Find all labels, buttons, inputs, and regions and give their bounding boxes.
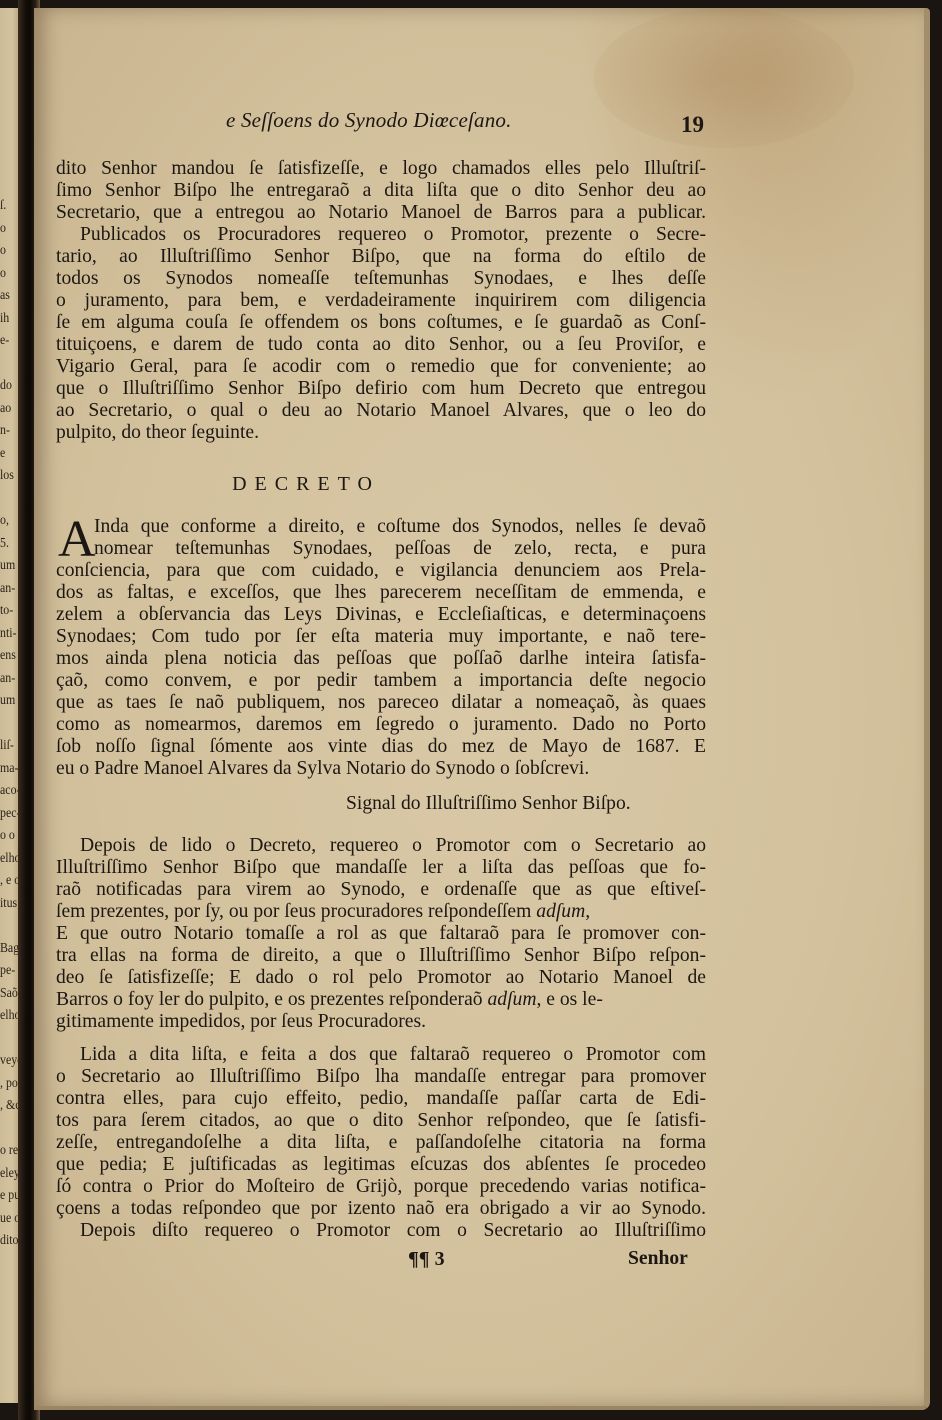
previous-page-text-fragment: aco-: [0, 783, 20, 799]
text-span: Barros o foy ler do pulpito, e os prezen…: [56, 989, 483, 1010]
text-line: Depois diſto requereo o Promotor com o S…: [56, 1220, 706, 1242]
text-line: ſe em alguma couſa ſe offendem os bons c…: [56, 312, 706, 334]
previous-page-text-fragment: , por: [0, 1076, 20, 1092]
previous-page-text-fragment: to-: [0, 603, 13, 619]
book-scan: ſ.oooasihe-doaon-eloso,5.uman-to-nti-ens…: [0, 0, 942, 1420]
text-line: ſob noſſo ſignal ſómente aos vinte dias …: [56, 736, 706, 758]
text-line: raõ notificadas para virem ao Synodo, e …: [56, 879, 706, 901]
previous-page-text-fragment: liſ-: [0, 738, 14, 754]
previous-page-text-fragment: ue o: [0, 1211, 20, 1227]
italic-word: adſum: [487, 989, 536, 1010]
previous-page-text-fragment: um: [0, 558, 15, 574]
previous-page-text-fragment: e pu-: [0, 1188, 20, 1204]
text-line: dito Senhor mandou ſe ſatisfizeſſe, e lo…: [56, 158, 706, 180]
text-span: ſem prezentes, por ſy, ou por ſeus procu…: [56, 901, 531, 922]
previous-page-text-fragment: , e o: [0, 873, 20, 889]
previous-page-text-fragment: elho: [0, 851, 20, 867]
text-line: que pedia; E juſtificadas as legitimas e…: [56, 1154, 706, 1176]
text-line: deo ſe ſatisfizeſſe; E dado o rol pelo P…: [56, 967, 706, 989]
running-head: e Seſſoens do Synodo Diœceſano.: [226, 108, 512, 133]
text-line: que o Illuſtriſſimo Senhor Biſpo defirio…: [56, 378, 706, 400]
previous-page-text-fragment: los: [0, 468, 14, 484]
text-line: zelem a obſervancia das Leys Divinas, e …: [56, 604, 706, 626]
previous-page-text-fragment: veyo: [0, 1053, 20, 1069]
text-line: tra ellas na forma de direito, a que o I…: [56, 945, 706, 967]
text-line: çaõ, como convem, e por pedir tambem a i…: [56, 670, 706, 692]
section-heading: DECRETO: [56, 473, 556, 496]
previous-page-text-fragment: , &c.: [0, 1098, 20, 1114]
previous-page-text-fragment: o,: [0, 513, 9, 529]
text-line: Barros o foy ler do pulpito, e os prezen…: [56, 989, 706, 1011]
previous-page-text-fragment: dito: [0, 1233, 19, 1249]
previous-page-text-fragment: itus,: [0, 896, 20, 912]
text-line: Inda que conforme a direito, e coſtume d…: [94, 516, 706, 538]
catchword: Senhor: [628, 1248, 688, 1270]
previous-page-text-fragment: e: [0, 446, 5, 462]
text-line: Depois de lido o Decreto, requereo o Pro…: [56, 835, 706, 857]
previous-page-text-fragment: e-: [0, 333, 9, 349]
previous-page-text-fragment: o: [0, 243, 6, 259]
previous-page-text-fragment: Saõ: [0, 986, 18, 1002]
text-line: o juramento, para bem, e verdadeiramente…: [56, 290, 706, 312]
italic-word: adſum,: [536, 901, 590, 922]
text-line: Lida a dita liſta, e feita a dos que fal…: [56, 1044, 706, 1066]
previous-page-text-fragment: an-: [0, 671, 15, 687]
previous-page-text-fragment: elho: [0, 1008, 20, 1024]
previous-page-text-fragment: nti-: [0, 626, 17, 642]
text-line: tario, ao Illuſtriſſimo Senhor Biſpo, qu…: [56, 246, 706, 268]
previous-page-text-fragment: ſ.: [0, 198, 6, 214]
signature-mark: ¶¶ 3: [408, 1248, 445, 1271]
decree-signature: Signal do Illuſtriſſimo Senhor Biſpo.: [346, 793, 631, 815]
previous-page-text-fragment: o o: [0, 828, 15, 844]
text-line: ſimo Senhor Biſpo lhe entregaraõ a dita …: [56, 180, 706, 202]
previous-page-text-fragment: ih: [0, 311, 9, 327]
text-line: zeſſe, entregandoſelhe a dita liſta, e p…: [56, 1132, 706, 1154]
text-line: todos os Synodos nomeaſſe teſtemunhas Sy…: [56, 268, 706, 290]
text-line: que as taes ſe naõ publiquem, nos parece…: [56, 692, 706, 714]
previous-page-text-fragment: pe-: [0, 963, 15, 979]
page-number: 19: [681, 112, 704, 138]
text-line: como as nomearmos, daremos em ſegredo o …: [56, 714, 706, 736]
previous-page-text-fragment: ao: [0, 401, 11, 417]
text-line: ao Secretario, o qual o deu ao Notario M…: [56, 400, 706, 422]
text-line: dos as faltas, e exceſſos, que lhes pare…: [56, 582, 706, 604]
previous-page-text-fragment: eley-: [0, 1166, 20, 1182]
text-line: mos ainda plena noticia das peſſoas que …: [56, 648, 706, 670]
previous-page-text-fragment: an-: [0, 581, 15, 597]
text-line: Vigario Geral, para ſe acodir com o reme…: [56, 356, 706, 378]
previous-page-text-fragment: o re-: [0, 1143, 20, 1159]
text-line: Publicados os Procuradores requereo o Pr…: [56, 224, 706, 246]
water-stain: [594, 8, 854, 148]
previous-page-text-fragment: um: [0, 693, 15, 709]
text-line: eu o Padre Manoel Alvares da Sylva Notar…: [56, 758, 706, 780]
text-line: conſciencia, para que com cuidado, e vig…: [56, 560, 706, 582]
book-page: e Seſſoens do Synodo Diœceſano. 19 dito …: [34, 8, 930, 1410]
previous-page-text-fragment: as: [0, 288, 10, 304]
text-line: ſem prezentes, por ſy, ou por ſeus procu…: [56, 901, 706, 923]
previous-page-text-fragment: pec-: [0, 806, 20, 822]
text-line: nomear teſtemunhas Synodaes, peſſoas de …: [94, 538, 706, 560]
text-line: Secretario, que a entregou ao Notario Ma…: [56, 202, 706, 224]
previous-page-text-fragment: ma-: [0, 761, 19, 777]
text-line: o Secretario ao Illuſtriſſimo Biſpo lha …: [56, 1066, 706, 1088]
text-line: ſó contra o Prior do Moſteiro de Grijò, …: [56, 1176, 706, 1198]
previous-page-text-fragment: o: [0, 266, 6, 282]
text-span: , e os le-: [536, 989, 602, 1010]
text-line: E que outro Notario tomaſſe a rol as que…: [56, 923, 706, 945]
previous-page-text-fragment: o: [0, 221, 6, 237]
previous-page-text-fragment: n-: [0, 423, 10, 439]
text-line: tos para ſerem citados, ao que o dito Se…: [56, 1110, 706, 1132]
previous-page-edge: ſ.oooasihe-doaon-eloso,5.uman-to-nti-ens…: [0, 8, 20, 1403]
text-line: Illuſtriſſimo Senhor Biſpo que mandaſſe …: [56, 857, 706, 879]
previous-page-text-fragment: do: [0, 378, 12, 394]
previous-page-text-fragment: Bago: [0, 941, 20, 957]
text-line: pulpito, do theor ſeguinte.: [56, 422, 706, 444]
drop-cap: A: [58, 516, 96, 564]
text-line: çoens a todas reſpondeo que por izento n…: [56, 1198, 706, 1220]
previous-page-text-fragment: 5.: [0, 536, 9, 552]
previous-page-text-fragment: ens: [0, 648, 16, 664]
text-line: gitimamente impedidos, por ſeus Procurad…: [56, 1011, 706, 1033]
text-line: tituiçoens, e darem de tudo conta ao dit…: [56, 334, 706, 356]
text-line: contra elles, para cujo effeito, pedio, …: [56, 1088, 706, 1110]
text-line: Synodaes; Com tudo por ſer eſta materia …: [56, 626, 706, 648]
